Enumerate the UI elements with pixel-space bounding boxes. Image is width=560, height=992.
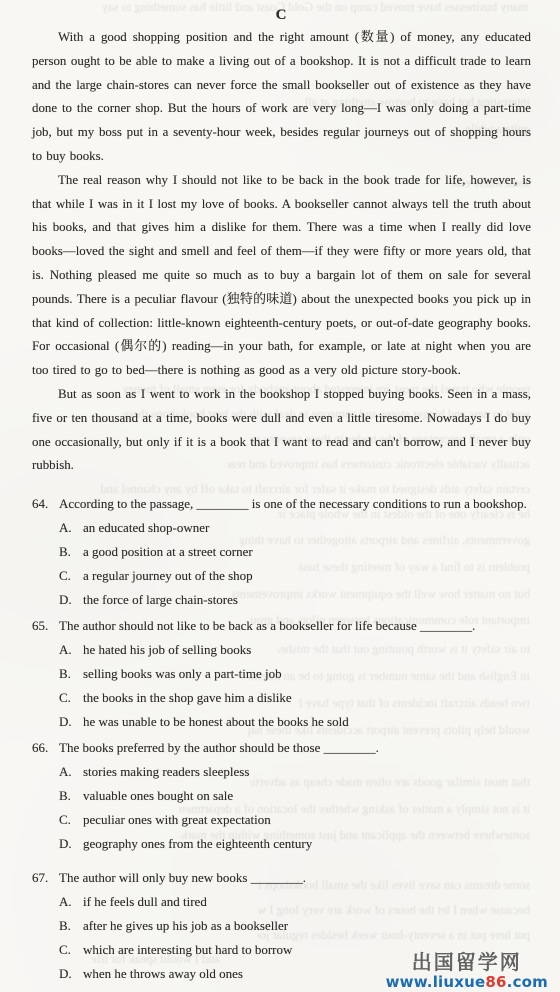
option-64-b: B. a good position at a street corner	[59, 540, 531, 564]
passage-paragraph-3: But as soon as I went to work in the boo…	[32, 383, 531, 478]
option-67-b: B. after he gives up his job as a bookse…	[59, 914, 531, 938]
watermark-url: www.liuxue86.com	[386, 975, 548, 990]
question-stem: The author should not like to be back as…	[59, 614, 531, 638]
option-text: after he gives up his job as a bookselle…	[83, 914, 531, 938]
option-66-c: C. peculiar ones with great expectation	[59, 808, 531, 832]
option-label: A.	[59, 638, 83, 662]
page-content: C With a good shopping position and the …	[0, 0, 560, 986]
question-65-stem-line: 65. The author should not like to be bac…	[32, 614, 531, 638]
question-stem: The books preferred by the author should…	[59, 736, 531, 760]
question-number: 66.	[32, 736, 59, 760]
option-label: C.	[59, 808, 83, 832]
option-label: B.	[59, 540, 83, 564]
option-text: a good position at a street corner	[83, 540, 531, 564]
watermark-site-name: 出国留学网	[386, 952, 548, 972]
option-text: stories making readers sleepless	[83, 760, 531, 784]
watermark: 出国留学网 www.liuxue86.com	[386, 952, 548, 990]
option-64-c: C. a regular journey out of the shop	[59, 564, 531, 588]
option-text: an educated shop-owner	[83, 516, 531, 540]
watermark-url-highlight: 86	[485, 973, 506, 991]
option-67-a: A. if he feels dull and tired	[59, 890, 531, 914]
question-67-stem-line: 67. The author will only buy new books _…	[32, 866, 531, 890]
option-label: B.	[59, 914, 83, 938]
question-64-stem-line: 64. According to the passage, ________ i…	[32, 492, 531, 516]
scanned-exam-page: many businesses have moved camp on the G…	[0, 0, 560, 992]
option-65-c: C. the books in the shop gave him a disl…	[59, 686, 531, 710]
watermark-url-suffix: .com	[507, 973, 548, 991]
option-label: D.	[59, 588, 83, 612]
section-label: C	[32, 4, 531, 26]
option-text: valuable ones bought on sale	[83, 784, 531, 808]
option-label: A.	[59, 516, 83, 540]
option-text: the books in the shop gave him a dislike	[83, 686, 531, 710]
question-stem: According to the passage, ________ is on…	[59, 492, 531, 516]
option-64-d: D. the force of large chain-stores	[59, 588, 531, 612]
question-66: 66. The books preferred by the author sh…	[32, 736, 531, 856]
option-text: selling books was only a part-time job	[83, 662, 531, 686]
option-label: C.	[59, 564, 83, 588]
question-65: 65. The author should not like to be bac…	[32, 614, 531, 734]
option-text: a regular journey out of the shop	[83, 564, 531, 588]
watermark-url-prefix: www.liuxue	[386, 973, 486, 991]
option-label: A.	[59, 760, 83, 784]
option-66-d: D. geography ones from the eighteenth ce…	[59, 832, 531, 856]
passage-paragraph-2: The real reason why I should not like to…	[32, 169, 531, 383]
option-66-a: A. stories making readers sleepless	[59, 760, 531, 784]
passage-paragraph-1: With a good shopping position and the ri…	[32, 26, 531, 169]
option-text: he hated his job of selling books	[83, 638, 531, 662]
option-label: A.	[59, 890, 83, 914]
question-number: 64.	[32, 492, 59, 516]
option-text: geography ones from the eighteenth centu…	[83, 832, 531, 856]
option-65-d: D. he was unable to be honest about the …	[59, 710, 531, 734]
option-65-a: A. he hated his job of selling books	[59, 638, 531, 662]
option-label: B.	[59, 784, 83, 808]
option-label: B.	[59, 662, 83, 686]
option-label: C.	[59, 686, 83, 710]
option-text: peculiar ones with great expectation	[83, 808, 531, 832]
option-64-a: A. an educated shop-owner	[59, 516, 531, 540]
option-65-b: B. selling books was only a part-time jo…	[59, 662, 531, 686]
question-number: 67.	[32, 866, 59, 890]
option-text: the force of large chain-stores	[83, 588, 531, 612]
question-64: 64. According to the passage, ________ i…	[32, 492, 531, 612]
option-label: D.	[59, 962, 83, 986]
option-label: D.	[59, 832, 83, 856]
question-list: 64. According to the passage, ________ i…	[32, 492, 531, 986]
question-64-options: A. an educated shop-owner B. a good posi…	[32, 516, 531, 612]
option-label: C.	[59, 938, 83, 962]
option-66-b: B. valuable ones bought on sale	[59, 784, 531, 808]
question-stem: The author will only buy new books _____…	[59, 866, 531, 890]
question-65-options: A. he hated his job of selling books B. …	[32, 638, 531, 734]
question-66-options: A. stories making readers sleepless B. v…	[32, 760, 531, 856]
option-text: if he feels dull and tired	[83, 890, 531, 914]
option-label: D.	[59, 710, 83, 734]
option-text: he was unable to be honest about the boo…	[83, 710, 531, 734]
question-number: 65.	[32, 614, 59, 638]
question-66-stem-line: 66. The books preferred by the author sh…	[32, 736, 531, 760]
